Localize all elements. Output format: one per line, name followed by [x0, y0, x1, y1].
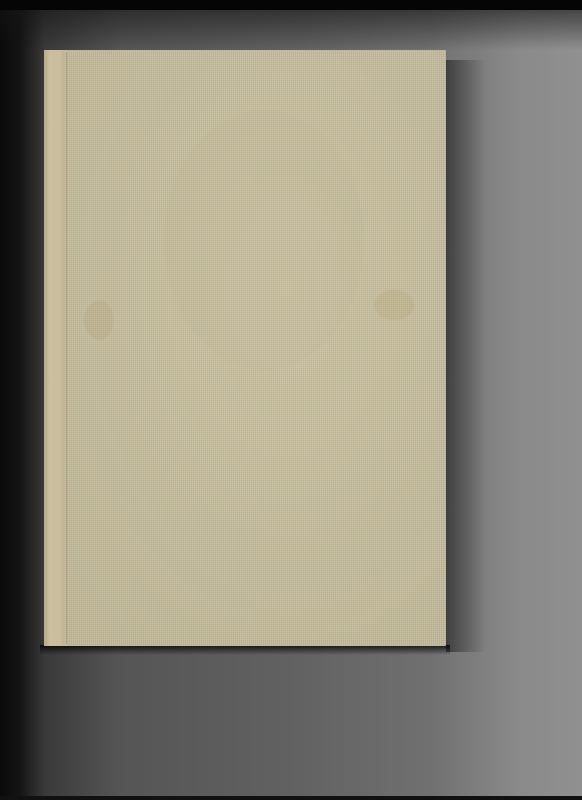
book-shadow-right [446, 60, 486, 652]
scanner-top-edge [0, 0, 582, 10]
book-hinge [66, 52, 67, 644]
book-spine-edge [44, 50, 66, 646]
scanner-bottom-edge [0, 796, 582, 800]
book-front-cover [44, 50, 446, 646]
cover-stain [374, 290, 414, 320]
cover-stain [84, 300, 114, 340]
cover-stain [164, 110, 364, 370]
book-shadow-bottom [40, 645, 450, 655]
scanner-top-shadow [0, 10, 582, 50]
